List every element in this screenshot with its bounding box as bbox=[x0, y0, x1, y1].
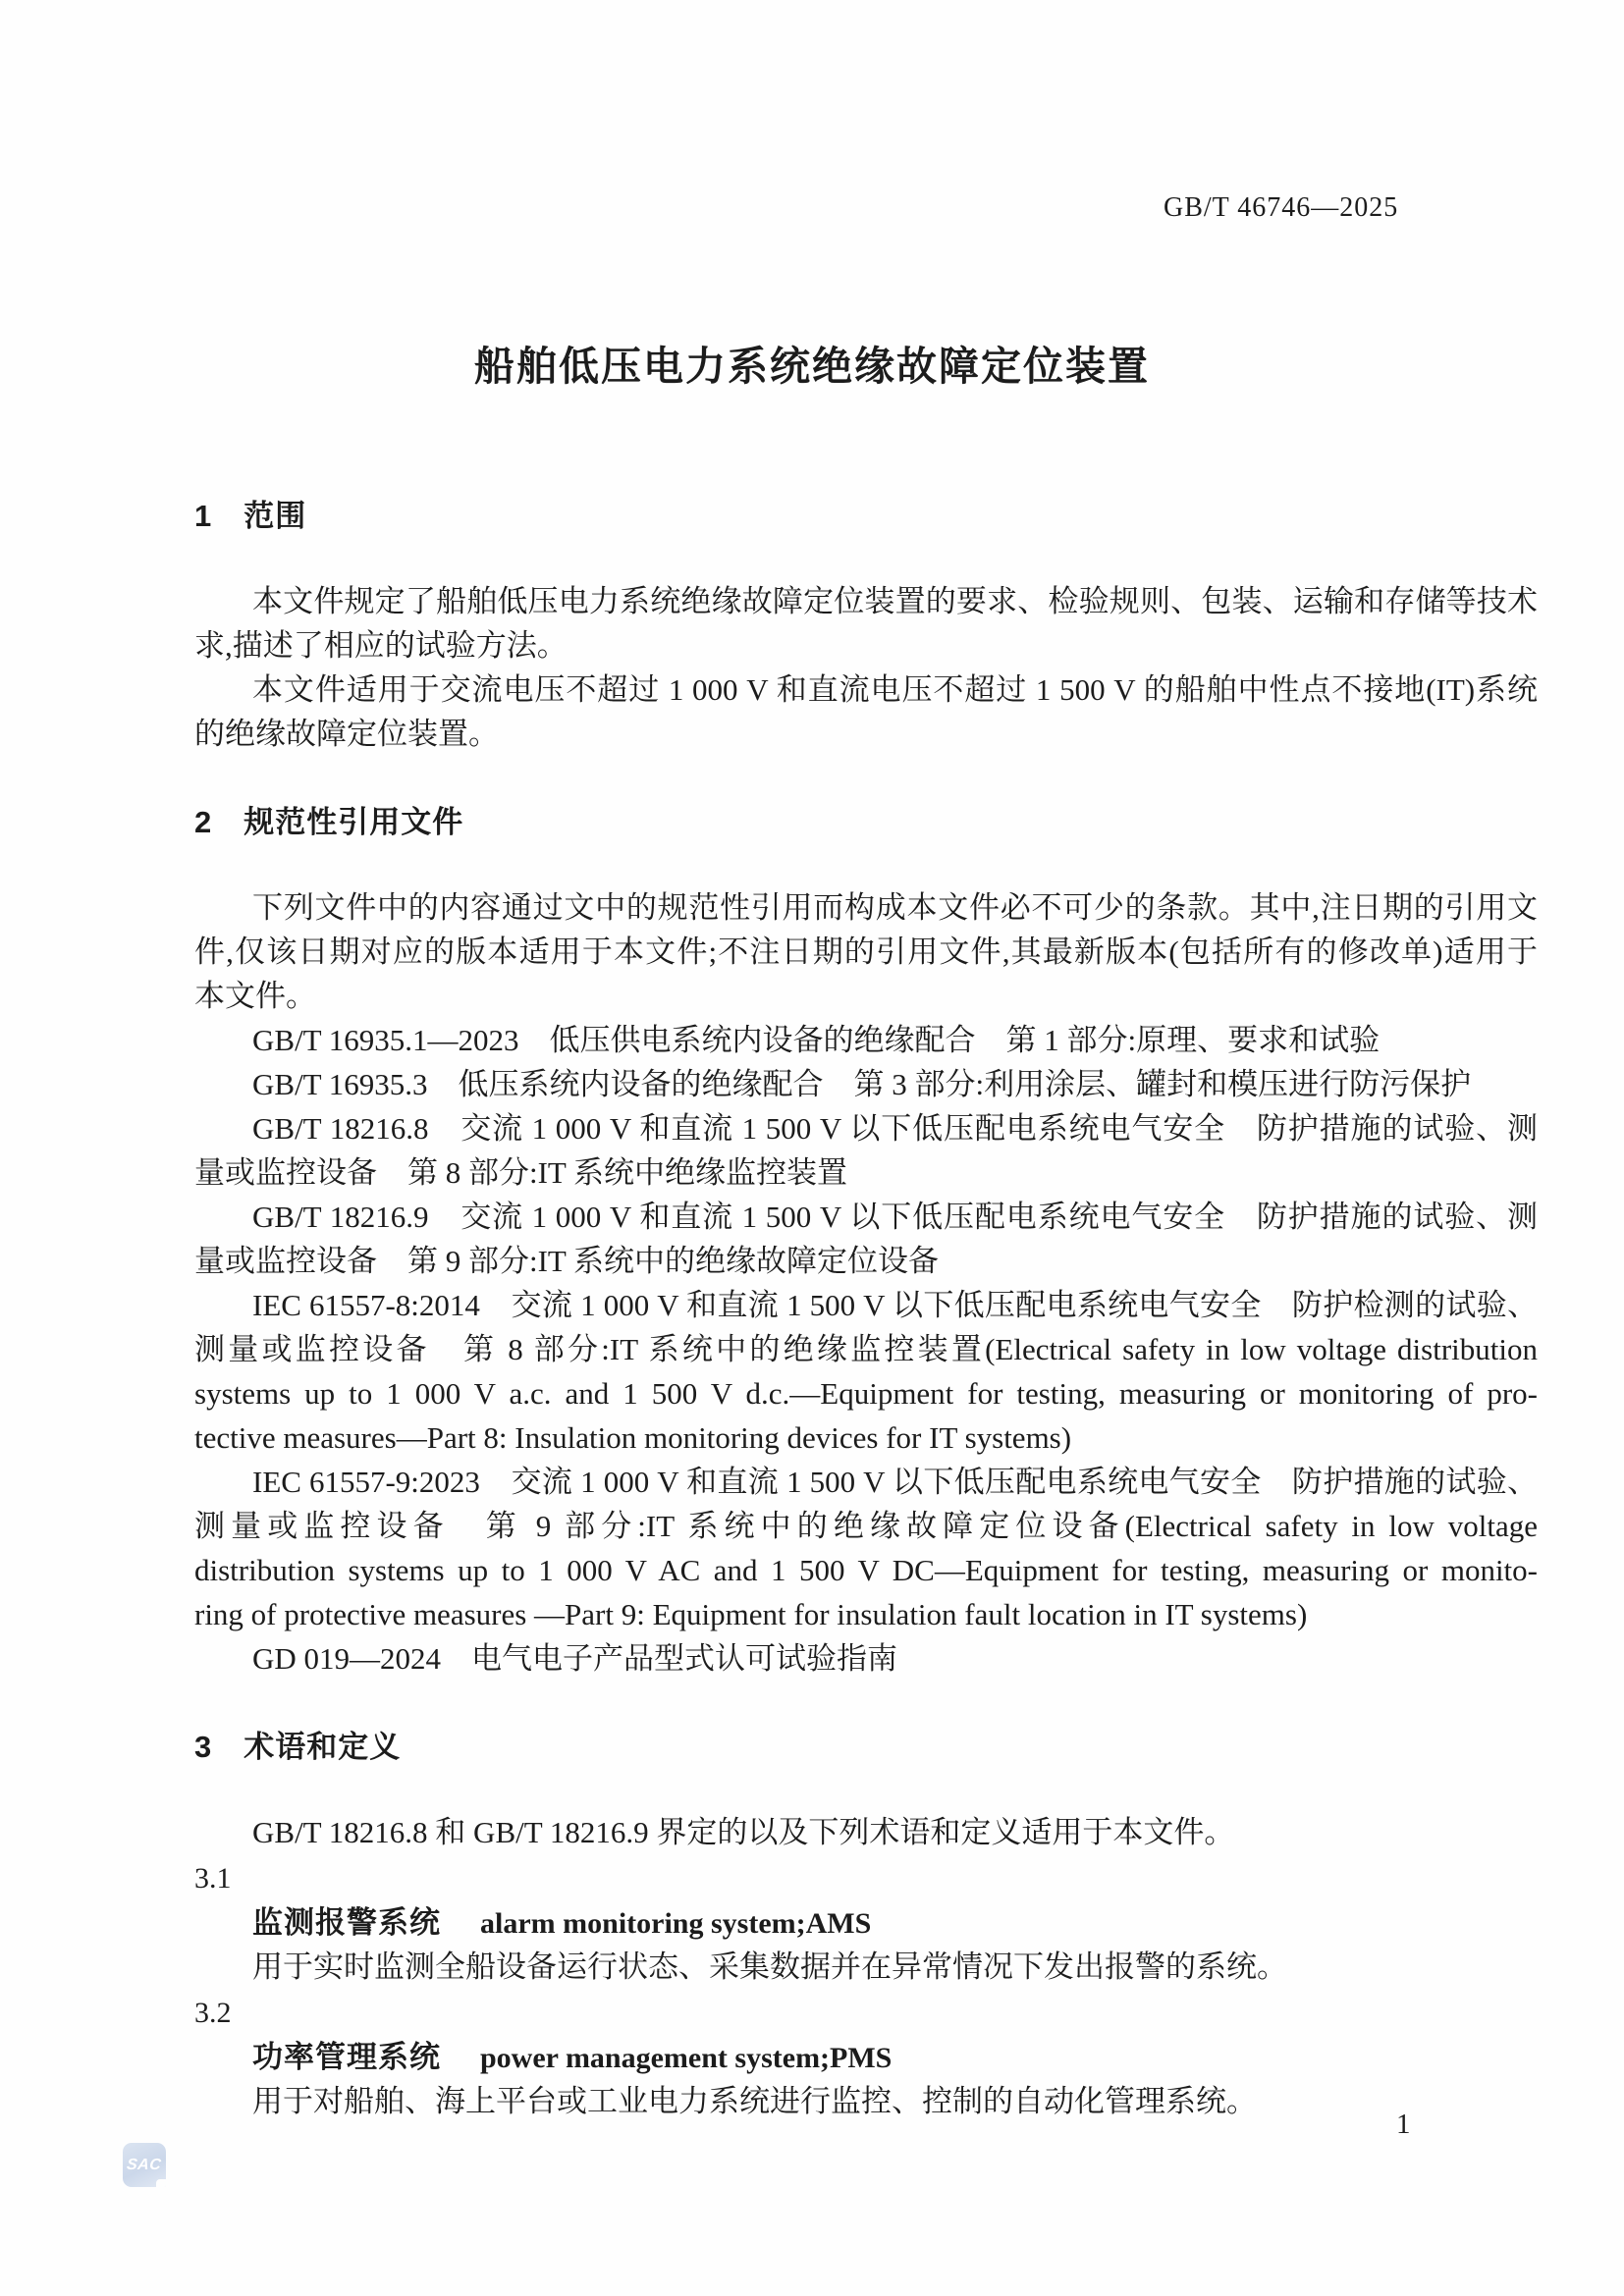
term-name-english: power management system;PMS bbox=[480, 2042, 892, 2074]
reference-line: 测量或监控设备 第 8 部分:IT 系统中的绝缘监控装置(Electrical … bbox=[194, 1327, 1538, 1371]
reference-line: IEC 61557-9:2023 交流 1 000 V 和直流 1 500 V … bbox=[194, 1460, 1538, 1504]
term-name-english: alarm monitoring system;AMS bbox=[480, 1907, 871, 1940]
reference-line: GB/T 18216.9 交流 1 000 V 和直流 1 500 V 以下低压… bbox=[194, 1195, 1538, 1239]
terms-intro-line: GB/T 18216.8 和 GB/T 18216.9 界定的以及下列术语和定义… bbox=[194, 1810, 1538, 1854]
term-number: 3.1 bbox=[194, 1856, 1538, 1900]
term-number: 3.2 bbox=[194, 1991, 1538, 2035]
document-content: 1 范围本文件规定了船舶低压电力系统绝缘故障定位装置的要求、检验规则、包装、运输… bbox=[194, 494, 1538, 2123]
doc-code: GB/T 46746—2025 bbox=[1164, 192, 1398, 224]
reference-line: IEC 61557-8:2014 交流 1 000 V 和直流 1 500 V … bbox=[194, 1283, 1538, 1327]
reference-line: 测量或监控设备 第 9 部分:IT 系统中的绝缘故障定位设备(Electrica… bbox=[194, 1504, 1538, 1548]
reference-line: GD 019—2024 电气电子产品型式认可试验指南 bbox=[194, 1636, 1538, 1681]
references-intro-line: 下列文件中的内容通过文中的规范性引用而构成本文件必不可少的条款。其中,注日期的引… bbox=[194, 885, 1538, 930]
clause-2-heading: 2 规范性引用文件 bbox=[194, 800, 1538, 844]
reference-line: 量或监控设备 第 8 部分:IT 系统中绝缘监控装置 bbox=[194, 1150, 1538, 1195]
document-page: GB/T 46746—2025 船舶低压电力系统绝缘故障定位装置 1 范围本文件… bbox=[0, 0, 1624, 2296]
term-definition-line: 用于对船舶、海上平台或工业电力系统进行监控、控制的自动化管理系统。 bbox=[194, 2079, 1538, 2123]
reference-line: 量或监控设备 第 9 部分:IT 系统中的绝缘故障定位设备 bbox=[194, 1239, 1538, 1283]
clause-3-heading: 3 术语和定义 bbox=[194, 1725, 1538, 1769]
term-heading: 功率管理系统power management system;PMS bbox=[194, 2035, 1538, 2079]
page-number: 1 bbox=[1396, 2109, 1411, 2141]
sac-logo: SAC bbox=[123, 2143, 166, 2187]
reference-line: GB/T 16935.3 低压系统内设备的绝缘配合 第 3 部分:利用涂层、罐封… bbox=[194, 1062, 1538, 1106]
document-title: 船舶低压电力系统绝缘故障定位装置 bbox=[0, 334, 1624, 392]
references-intro-line: 件,仅该日期对应的版本适用于本文件;不注日期的引用文件,其最新版本(包括所有的修… bbox=[194, 930, 1538, 974]
term-name-chinese: 功率管理系统 bbox=[252, 2040, 441, 2074]
scope-paragraph-line: 本文件适用于交流电压不超过 1 000 V 和直流电压不超过 1 500 V 的… bbox=[194, 667, 1538, 712]
term-heading: 监测报警系统alarm monitoring system;AMS bbox=[194, 1900, 1538, 1945]
reference-line: distribution systems up to 1 000 V AC an… bbox=[194, 1548, 1538, 1592]
reference-line: ring of protective measures —Part 9: Equ… bbox=[194, 1592, 1538, 1636]
reference-line: GB/T 16935.1—2023 低压供电系统内设备的绝缘配合 第 1 部分:… bbox=[194, 1018, 1538, 1062]
term-definition-line: 用于实时监测全船设备运行状态、采集数据并在异常情况下发出报警的系统。 bbox=[194, 1945, 1538, 1989]
reference-line: GB/T 18216.8 交流 1 000 V 和直流 1 500 V 以下低压… bbox=[194, 1106, 1538, 1150]
scope-paragraph-line: 求,描述了相应的试验方法。 bbox=[194, 623, 1538, 667]
clause-1-heading: 1 范围 bbox=[194, 494, 1538, 538]
scope-paragraph-line: 的绝缘故障定位装置。 bbox=[194, 712, 1538, 756]
reference-line: systems up to 1 000 V a.c. and 1 500 V d… bbox=[194, 1371, 1538, 1415]
term-name-chinese: 监测报警系统 bbox=[252, 1905, 441, 1940]
scope-paragraph-line: 本文件规定了船舶低压电力系统绝缘故障定位装置的要求、检验规则、包装、运输和存储等… bbox=[194, 579, 1538, 623]
sac-logo-text: SAC bbox=[126, 2157, 162, 2174]
references-intro-line: 本文件。 bbox=[194, 974, 1538, 1018]
reference-line: tective measures—Part 8: Insulation moni… bbox=[194, 1415, 1538, 1460]
